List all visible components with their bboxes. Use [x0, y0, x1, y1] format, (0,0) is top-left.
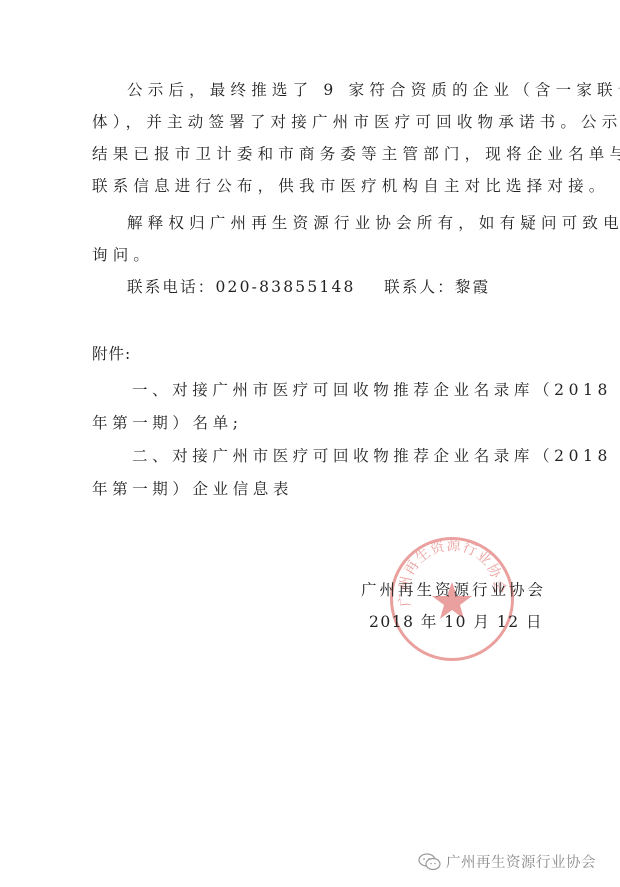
- wechat-icon: [418, 853, 442, 871]
- paragraph-1-line-3: 结果已报市卫计委和市商务委等主管部门，现将企业名单与: [92, 144, 620, 164]
- signature-date: 2018 年 10 月 12 日: [369, 612, 543, 632]
- signature-organization: 广州再生资源行业协会: [361, 580, 546, 600]
- paragraph-1-line-1: 公示后，最终推选了 9 家符合资质的企业（含一家联合: [127, 80, 620, 100]
- attachment-2-line-2: 年第一期）企业信息表: [92, 479, 293, 499]
- attachment-1-line-2: 年第一期）名单;: [92, 413, 243, 433]
- attachment-2-line-1: 二、对接广州市医疗可回收物推荐企业名录库（2018: [132, 446, 612, 466]
- contact-info: 联系电话：020-83855148 联系人：黎霞: [127, 277, 490, 297]
- wechat-account-watermark: 广州再生资源行业协会: [418, 851, 596, 872]
- attachments-label: 附件:: [92, 344, 131, 364]
- paragraph-1-line-2: 体），并主动签署了对接广州市医疗可回收物承诺书。公示: [92, 112, 620, 132]
- account-name: 广州再生资源行业协会: [446, 851, 596, 872]
- attachment-1-line-1: 一、对接广州市医疗可回收物推荐企业名录库（2018: [132, 380, 612, 400]
- paragraph-1-line-4: 联系信息进行公布，供我市医疗机构自主对比选择对接。: [92, 176, 610, 196]
- paragraph-2-line-2: 询问。: [92, 245, 154, 265]
- paragraph-2-line-1: 解释权归广州再生资源行业协会所有，如有疑问可致电: [127, 213, 620, 233]
